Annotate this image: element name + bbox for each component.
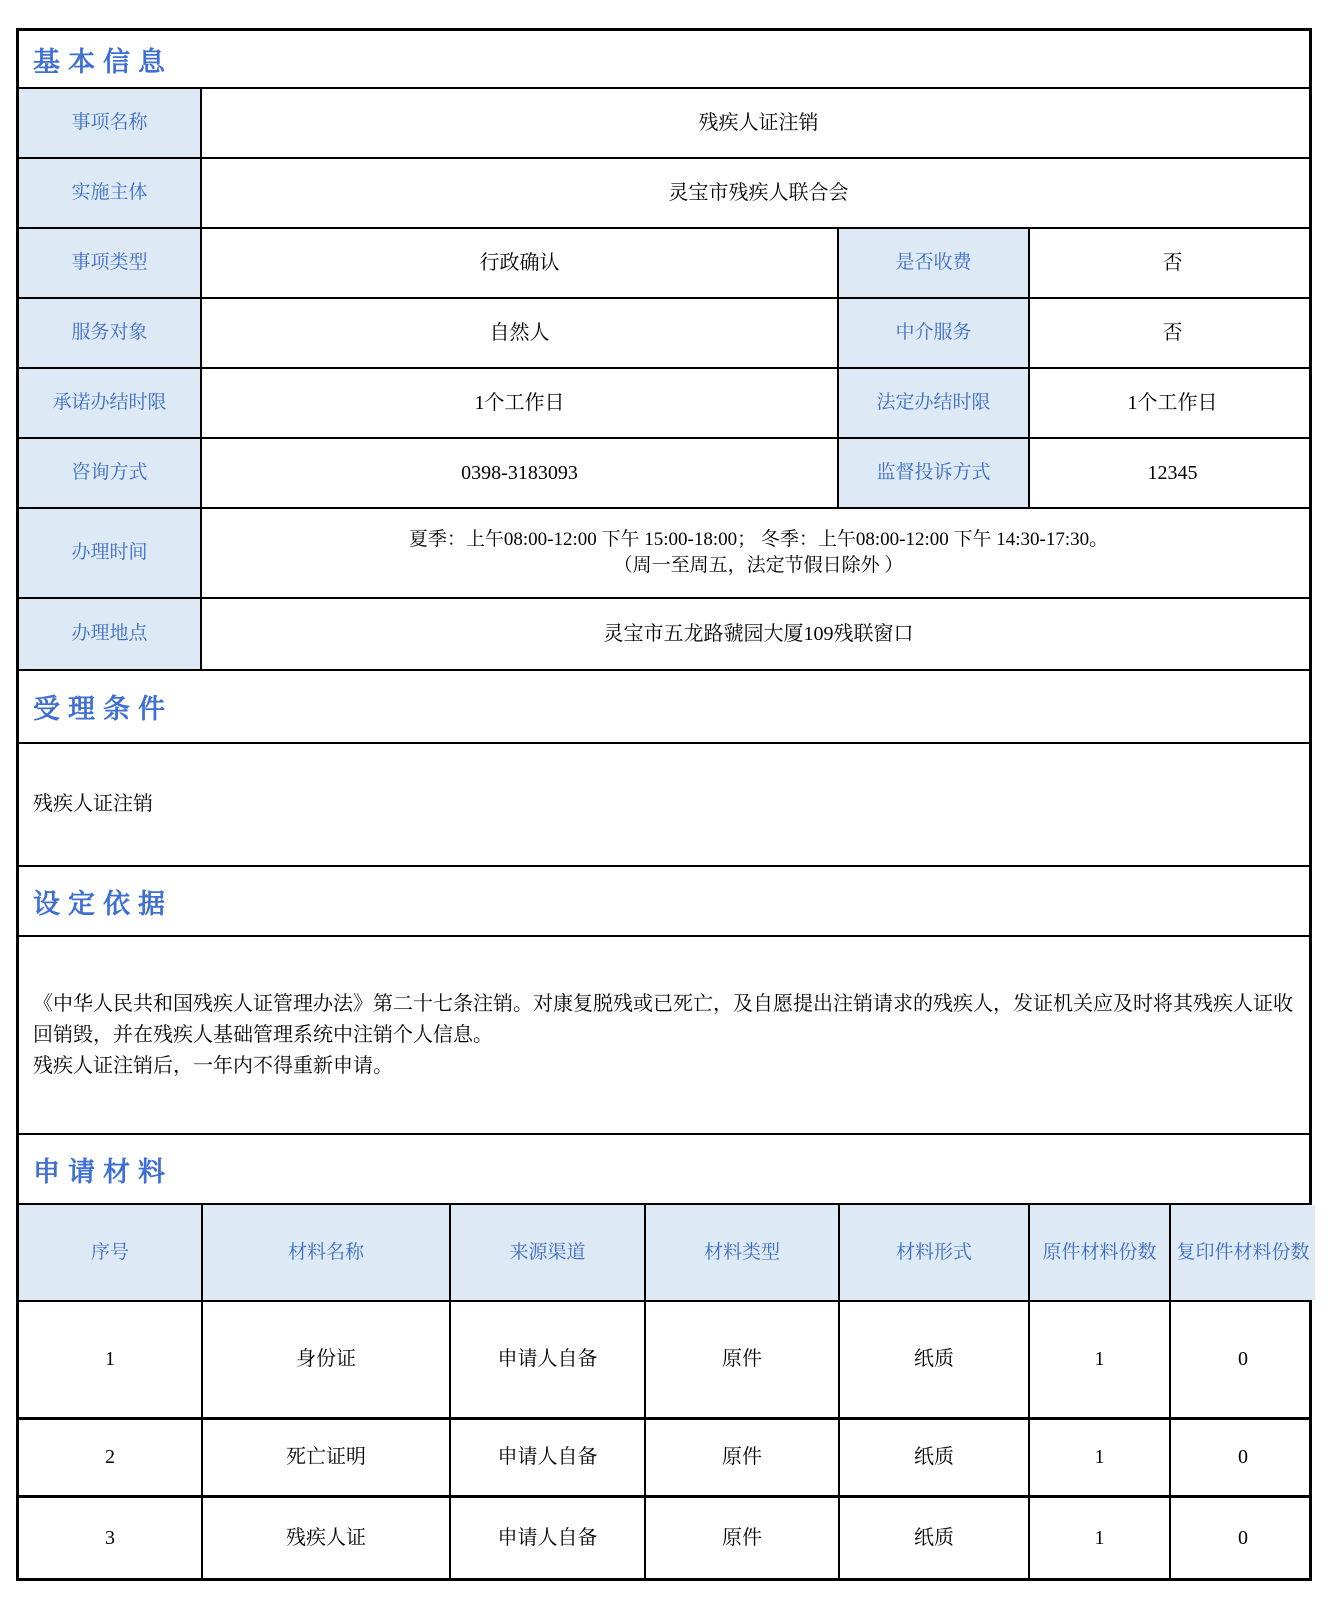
field-value: 残疾人证注销: [202, 89, 1315, 157]
legal-basis-paragraph-1: 《中华人民共和国残疾人证管理办法》第二十七条注销。对康复脱残或已死亡，及自愿提出…: [33, 989, 1295, 1051]
field-label: 监督投诉方式: [839, 439, 1030, 507]
field-value: 夏季：上午08:00-12:00 下午 15:00-18:00； 冬季：上午08…: [202, 509, 1315, 597]
field-value: 否: [1030, 299, 1315, 367]
cell-source-channel: 申请人自备: [451, 1420, 646, 1495]
field-value: 灵宝市残疾人联合会: [202, 159, 1315, 227]
cell-source-channel: 申请人自备: [451, 1498, 646, 1578]
section-title: 申请材料: [33, 1150, 173, 1189]
column-header-original-copies: 原件材料份数: [1030, 1205, 1171, 1300]
field-value: 0398-3183093: [202, 439, 839, 507]
field-label: 法定办结时限: [839, 369, 1030, 437]
cell-material-form: 纸质: [840, 1498, 1030, 1578]
cell-photocopy-copies: 0: [1171, 1420, 1315, 1495]
office-hours-line1: 夏季：上午08:00-12:00 下午 15:00-18:00； 冬季：上午08…: [409, 527, 1108, 553]
field-label: 承诺办结时限: [19, 369, 202, 437]
cell-photocopy-copies: 0: [1171, 1302, 1315, 1417]
legal-basis-content: 《中华人民共和国残疾人证管理办法》第二十七条注销。对康复脱残或已死亡，及自愿提出…: [19, 937, 1309, 1135]
column-header-photocopy-copies: 复印件材料份数: [1171, 1205, 1315, 1300]
field-label: 中介服务: [839, 299, 1030, 367]
acceptance-conditions-content: 残疾人证注销: [19, 744, 1309, 867]
field-value: 行政确认: [202, 229, 839, 297]
field-label: 咨询方式: [19, 439, 202, 507]
legal-basis-paragraph-2: 残疾人证注销后，一年内不得重新申请。: [33, 1051, 1295, 1082]
field-label: 事项名称: [19, 89, 202, 157]
table-row: 2 死亡证明 申请人自备 原件 纸质 1 0: [19, 1420, 1309, 1498]
section-application-materials-heading: 申请材料: [19, 1135, 1309, 1205]
cell-material-type: 原件: [646, 1498, 840, 1578]
field-value: 1个工作日: [1030, 369, 1315, 437]
section-title: 受理条件: [33, 687, 173, 726]
cell-material-type: 原件: [646, 1302, 840, 1417]
section-title: 基本信息: [33, 40, 173, 79]
field-value: 否: [1030, 229, 1315, 297]
column-header-no: 序号: [19, 1205, 203, 1300]
section-title: 设定依据: [33, 882, 173, 921]
cell-material-type: 原件: [646, 1420, 840, 1495]
cell-photocopy-copies: 0: [1171, 1498, 1315, 1578]
field-label: 办理时间: [19, 509, 202, 597]
service-info-document: 基本信息 事项名称 残疾人证注销 实施主体 灵宝市残疾人联合会 事项类型 行政确…: [16, 28, 1312, 1581]
field-label: 实施主体: [19, 159, 202, 227]
cell-original-copies: 1: [1030, 1498, 1171, 1578]
cell-material-name: 身份证: [203, 1302, 451, 1417]
table-row: 1 身份证 申请人自备 原件 纸质 1 0: [19, 1302, 1309, 1420]
column-header-material-form: 材料形式: [840, 1205, 1030, 1300]
cell-source-channel: 申请人自备: [451, 1302, 646, 1417]
row-office-hours: 办理时间 夏季：上午08:00-12:00 下午 15:00-18:00； 冬季…: [19, 509, 1309, 599]
field-value: 自然人: [202, 299, 839, 367]
row-implementing-body: 实施主体 灵宝市残疾人联合会: [19, 159, 1309, 229]
section-acceptance-conditions-heading: 受理条件: [19, 671, 1309, 744]
cell-original-copies: 1: [1030, 1302, 1171, 1417]
column-header-material-name: 材料名称: [203, 1205, 451, 1300]
field-label: 办理地点: [19, 599, 202, 669]
field-value: 12345: [1030, 439, 1315, 507]
field-label: 是否收费: [839, 229, 1030, 297]
row-item-type: 事项类型 行政确认 是否收费 否: [19, 229, 1309, 299]
cell-no: 1: [19, 1302, 203, 1417]
cell-material-form: 纸质: [840, 1302, 1030, 1417]
column-header-material-type: 材料类型: [646, 1205, 840, 1300]
cell-material-name: 死亡证明: [203, 1420, 451, 1495]
table-row: 3 残疾人证 申请人自备 原件 纸质 1 0: [19, 1498, 1309, 1578]
cell-no: 3: [19, 1498, 203, 1578]
office-hours-line2: （周一至周五，法定节假日除外 ）: [614, 553, 904, 579]
row-office-location: 办理地点 灵宝市五龙路虢园大厦109残联窗口: [19, 599, 1309, 671]
field-value: 1个工作日: [202, 369, 839, 437]
row-item-name: 事项名称 残疾人证注销: [19, 89, 1309, 159]
acceptance-conditions-text: 残疾人证注销: [33, 789, 153, 820]
field-label: 服务对象: [19, 299, 202, 367]
field-label: 事项类型: [19, 229, 202, 297]
cell-original-copies: 1: [1030, 1420, 1171, 1495]
row-promised-time-limit: 承诺办结时限 1个工作日 法定办结时限 1个工作日: [19, 369, 1309, 439]
section-basic-info-heading: 基本信息: [19, 31, 1309, 89]
row-service-target: 服务对象 自然人 中介服务 否: [19, 299, 1309, 369]
document-table: 基本信息 事项名称 残疾人证注销 实施主体 灵宝市残疾人联合会 事项类型 行政确…: [16, 28, 1312, 1581]
field-value: 灵宝市五龙路虢园大厦109残联窗口: [202, 599, 1315, 669]
column-header-source-channel: 来源渠道: [451, 1205, 646, 1300]
cell-material-form: 纸质: [840, 1420, 1030, 1495]
section-legal-basis-heading: 设定依据: [19, 867, 1309, 937]
cell-material-name: 残疾人证: [203, 1498, 451, 1578]
cell-no: 2: [19, 1420, 203, 1495]
materials-table-header: 序号 材料名称 来源渠道 材料类型 材料形式 原件材料份数 复印件材料份数: [19, 1205, 1309, 1302]
row-consultation-method: 咨询方式 0398-3183093 监督投诉方式 12345: [19, 439, 1309, 509]
